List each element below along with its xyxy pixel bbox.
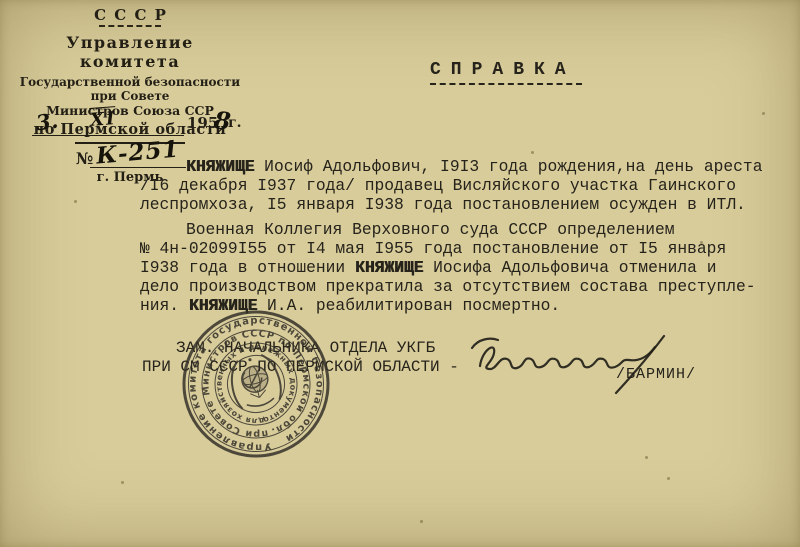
body-line: леспромхоза, I5 января I938 года постано… bbox=[140, 196, 800, 215]
body-line: Военная Коллегия Верховного суда СССР оп… bbox=[140, 221, 800, 240]
year-suffix: г. bbox=[228, 115, 241, 131]
signature-cap-stroke bbox=[472, 339, 498, 348]
letterhead-country: СССР bbox=[18, 6, 242, 24]
document-page: СССР Управление комитета Государственной… bbox=[0, 0, 800, 547]
title-underline bbox=[430, 83, 582, 85]
document-body: КНЯЖИЩЕ Иосиф Адольфович, I9I3 года рожд… bbox=[140, 158, 800, 315]
document-number-label: № bbox=[76, 149, 93, 168]
handwritten-date-month: XI bbox=[89, 106, 117, 131]
letterhead-org-line: при Совете bbox=[18, 89, 242, 103]
signature-slash-stroke bbox=[616, 336, 664, 393]
paragraph-2: Военная Коллегия Верховного суда СССР оп… bbox=[140, 221, 800, 315]
paper-speckle bbox=[700, 241, 703, 244]
handwritten-signature bbox=[468, 326, 718, 400]
paper-speckle bbox=[74, 200, 77, 203]
body-line: дело производством прекратила за отсутст… bbox=[140, 278, 800, 297]
signature-main-stroke bbox=[480, 347, 655, 369]
body-line: КНЯЖИЩЕ Иосиф Адольфович, I9I3 года рожд… bbox=[140, 158, 800, 177]
paper-speckle bbox=[531, 151, 534, 154]
ussr-coat-of-arms-emblem bbox=[226, 352, 284, 411]
letterhead-org-line: Управление комитета bbox=[18, 33, 242, 71]
letterhead-country-underline bbox=[99, 25, 161, 27]
paper-speckle bbox=[420, 520, 423, 523]
paper-speckle bbox=[667, 477, 670, 480]
letterhead-org-line: Государственной безопасности bbox=[18, 75, 242, 89]
handwritten-date-day: 3. bbox=[34, 108, 59, 136]
star-icon bbox=[248, 358, 252, 362]
paper-speckle bbox=[645, 456, 648, 459]
title-block: СПРАВКА bbox=[430, 60, 582, 85]
paragraph-1: КНЯЖИЩЕ Иосиф Адольфович, I9I3 года рожд… bbox=[140, 158, 800, 214]
body-line: /I6 декабря I937 года/ продавец Висляйск… bbox=[140, 177, 800, 196]
official-round-stamp: Управление комитета государственной безо… bbox=[178, 306, 334, 462]
document-title: СПРАВКА bbox=[430, 60, 582, 80]
body-line: I938 года в отношении КНЯЖИЩЕ Иосифа Адо… bbox=[140, 259, 800, 278]
ribbon bbox=[247, 398, 275, 409]
paper-speckle bbox=[121, 481, 124, 484]
paper-speckle bbox=[762, 112, 765, 115]
